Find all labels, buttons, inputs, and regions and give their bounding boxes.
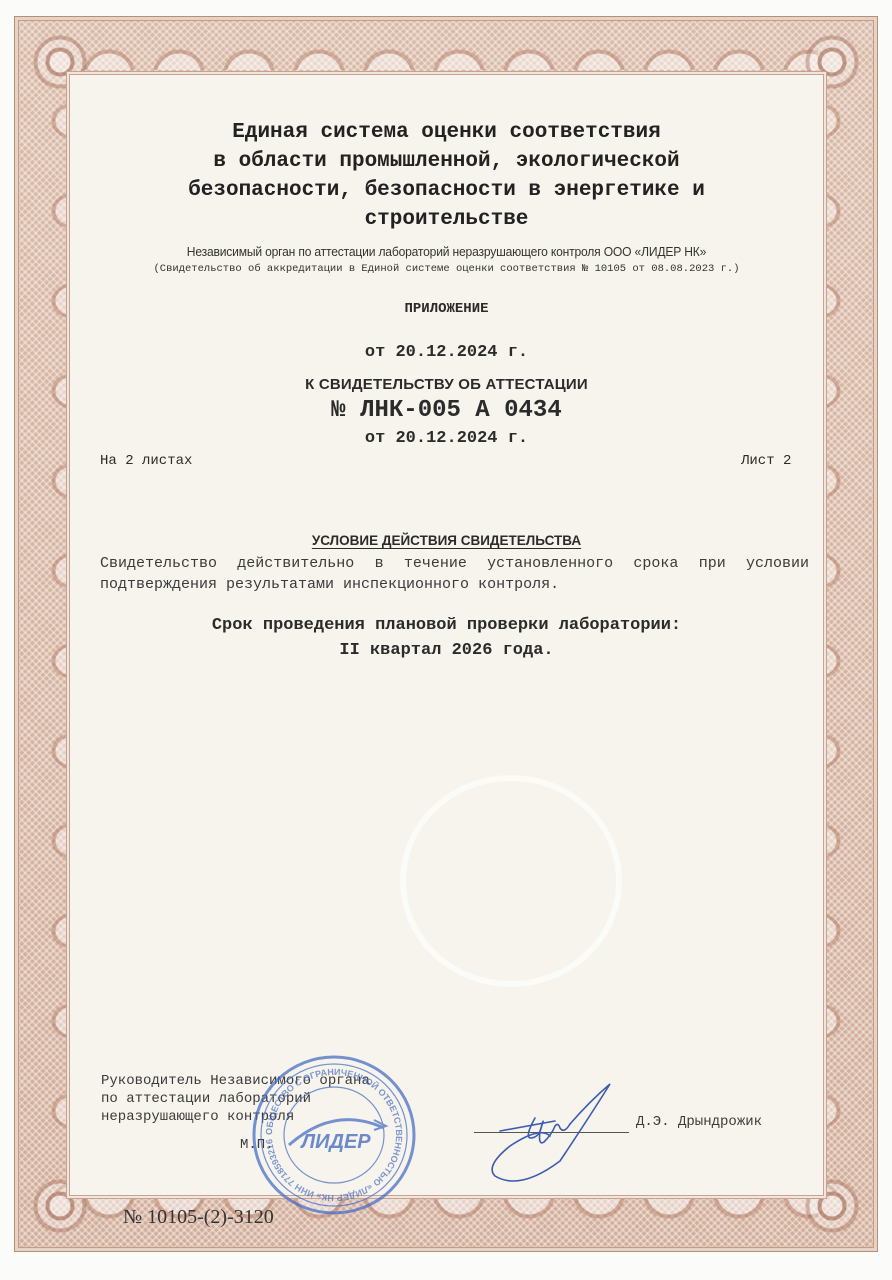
sheet-number: Лист 2 (741, 453, 791, 469)
condition-text: Свидетельство действительно в течение ус… (100, 553, 809, 595)
system-title-line: безопасности, безопасности в энергетике … (70, 176, 823, 205)
handwritten-signature-icon (480, 1076, 640, 1186)
to-certificate-label: К СВИДЕТЕЛЬСТВУ ОБ АТТЕСТАЦИИ (70, 376, 823, 393)
border-ornament-top (74, 20, 818, 70)
condition-title: УСЛОВИЕ ДЕЙСТВИЯ СВИДЕТЕЛЬСТВА (70, 533, 823, 548)
signatory-name: Д.Э. Дрындрожик (636, 1114, 762, 1130)
appendix-label: ПРИЛОЖЕНИЕ (70, 301, 823, 317)
system-title-line: в области промышленной, экологической (70, 147, 823, 176)
certificate-number: № ЛНК-005 А 0434 (70, 397, 823, 424)
accreditation-note: (Свидетельство об аккредитации в Единой … (70, 263, 823, 275)
condition-title-text: УСЛОВИЕ ДЕЙСТВИЯ СВИДЕТЕЛЬСТВА (312, 533, 581, 548)
border-ornament-left (18, 76, 68, 1192)
border-ornament-right (824, 76, 874, 1192)
company-stamp-icon: ОБЩЕСТВО С ОГРАНИЧЕННОЙ ОТВЕТСТВЕННОСТЬЮ… (244, 1050, 424, 1220)
issuing-body: Независимый орган по аттестации лаборато… (96, 244, 796, 259)
registration-number: № 10105-(2)-3120 (123, 1206, 274, 1229)
inspection-period: II квартал 2026 года. (70, 638, 823, 663)
appendix-date: от 20.12.2024 г. (70, 343, 823, 362)
sheets-total: На 2 листах (100, 453, 192, 469)
system-title: Единая система оценки соответствия в обл… (70, 118, 823, 234)
inspection-block: Срок проведения плановой проверки лабора… (70, 613, 823, 663)
system-title-line: строительстве (70, 205, 823, 234)
system-title-line: Единая система оценки соответствия (70, 118, 823, 147)
certificate-date: от 20.12.2024 г. (70, 429, 823, 448)
watermark-emblem-icon (400, 775, 622, 987)
svg-text:ЛИДЕР: ЛИДЕР (299, 1131, 371, 1153)
inspection-label: Срок проведения плановой проверки лабора… (70, 613, 823, 638)
